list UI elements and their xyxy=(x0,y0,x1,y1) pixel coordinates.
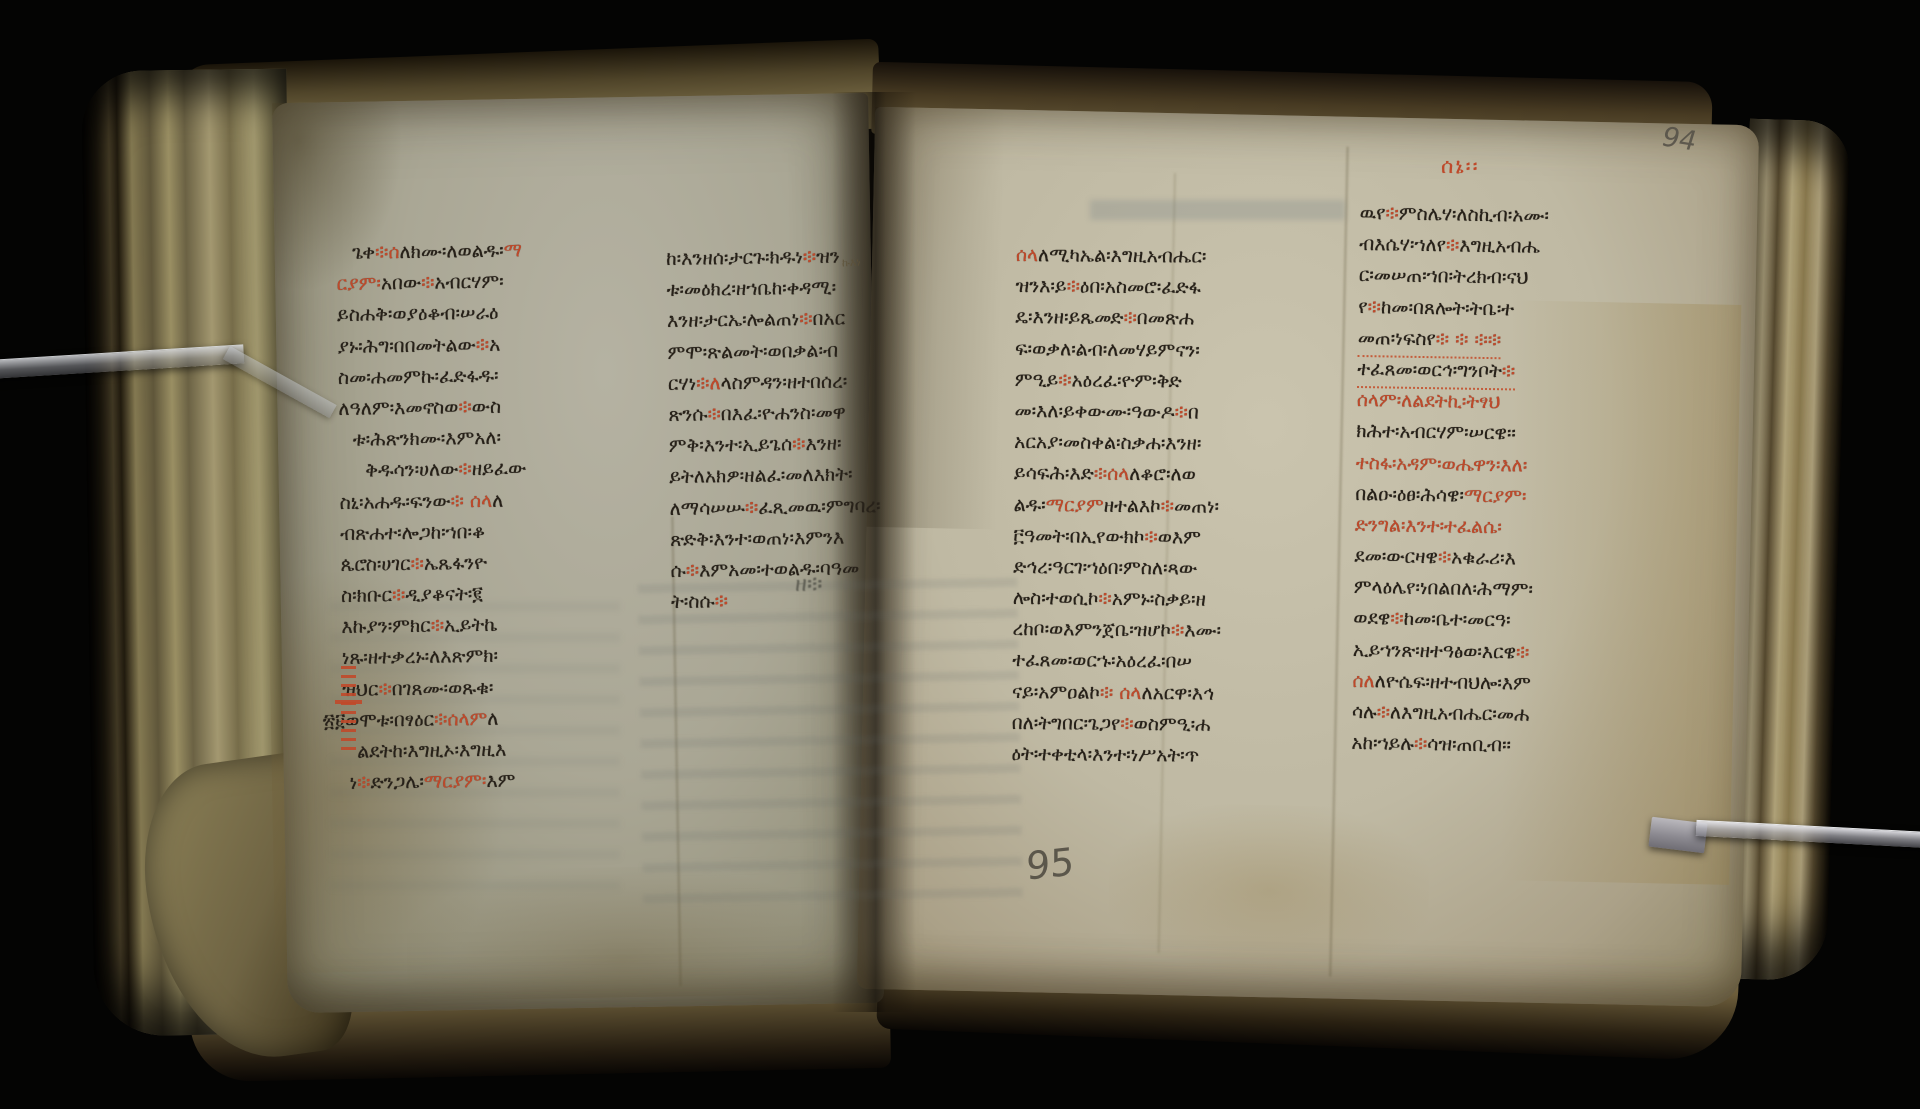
rubric-text: ፨ xyxy=(803,246,817,268)
ink-text: ለቆሮ፡ለወ xyxy=(1129,463,1196,486)
text-line: ለዓለም፡እመኖስወ፨ውስ xyxy=(338,389,668,425)
text-line-content: ጽንሱ፨በእፈ፡ዮሐንስ፡መዋ xyxy=(668,397,846,431)
left-page-column-2: ከ፡እንዘሰ፡ታርጉ፡ክዱነ፨ዝንቱ፡መዕክረ፡ዘኀቤከ፡ቀዳሚ፡እንዘ፡ታርኤ… xyxy=(666,239,1016,618)
text-line-content: ምዒይ፨አዕረፈ፡ዮም፡ቅድ xyxy=(1015,365,1182,398)
text-line-content: ጌቀ፨ሰለክሙ፡ለወልዱ፡ማ xyxy=(352,235,522,269)
text-line-content: ስ፡ክቡር፨ዲያቆናት፡፪ xyxy=(341,579,483,612)
text-line: ዴ፡እንዘ፡ይጼመድ፨በመጽሐ xyxy=(1015,302,1355,336)
text-line-content: ርሃነ፨ለላስምዳን፡ዘተበሰረ፡ xyxy=(668,366,848,400)
ink-text: ርሃነ xyxy=(668,372,697,394)
ink-text: አርአያ፡መስቀል፡ስቃሐ፡እንዘ፡ xyxy=(1014,431,1201,455)
text-line-content: ፫ዓመት፡በኢየውክኮ፨ወእም xyxy=(1013,521,1201,554)
ink-text: ስኒ፡አሐዱ፡ፍንው xyxy=(340,490,451,514)
rubric-text: ፨ xyxy=(1161,495,1175,517)
ink-text: ናይ፡አምዐልኮ xyxy=(1012,681,1100,704)
rubric-text: ፨ xyxy=(707,403,721,425)
text-line: ስ፡ክቡር፨ዲያቆናት፡፪ xyxy=(341,576,671,612)
ink-text: ጴሮስ፡ሀገር xyxy=(340,553,410,576)
ink-text: ምስሌሃ፡ለስኪብ፡አሙ፡ xyxy=(1399,203,1549,227)
text-line-content: ዝንእ፡ይ፨ዕበ፡አስመሮ፡ፈድፋ xyxy=(1015,271,1201,304)
text-line: እንዘ፡ታርኤ፡ሎልጠነ፨በአር xyxy=(667,302,1012,338)
rubric-text: ሰላም፡ለልደትኪ፡ትፃህ xyxy=(1357,389,1501,413)
rubric-text: ማርያም፡ xyxy=(424,770,487,793)
ink-text: ከመ፡ቤተ፡መርዓ፡ xyxy=(1403,608,1510,632)
text-line-content: ብእሴሃ፡ኀለየ፨እግዚአብሔ xyxy=(1359,229,1540,263)
ink-text: ድኅረ፡ዓርገ፡ኀዕበ፡ምስለ፡ጻው xyxy=(1013,556,1197,580)
text-line-content: ት፡ስሱ፨ xyxy=(671,586,728,618)
text-line-content: ሰለለዮሴፍ፡ዘተብህሎ፡እም xyxy=(1352,666,1531,700)
text-line: ድኅረ፡ዓርገ፡ኀዕበ፡ምስለ፡ጻው xyxy=(1013,552,1353,586)
month-header-rubric: ሰኔ፡፡ xyxy=(1441,154,1480,179)
text-line: እኩያን፡ምክር፨ኢይትኬ xyxy=(341,608,671,644)
ink-text: ይስሐቅ፡ወያዕቆብ፡ሠራዕ xyxy=(337,302,499,326)
ink-text: በ xyxy=(1188,401,1199,423)
rubric-text: ተስፋ፡አዳም፡ወሔዋን፡እለ፡ xyxy=(1356,451,1528,476)
text-line: ይስሐቅ፡ወያዕቆብ፡ሠራዕ xyxy=(337,296,667,332)
ink-text: ያኑ፡ሕግ፡በበመትልው xyxy=(337,334,476,358)
text-line-content: ደመ፡ውርዛዌ፨አቁራሪ፡እ xyxy=(1354,541,1516,575)
text-line-content: ምቅ፡እንተ፡ኢይጌሰ፨እንዘ፡ xyxy=(669,429,842,463)
ink-text: ኢይትኬ xyxy=(444,614,498,637)
ink-text: ዕት፡ተቀቲላ፡እንተ፡ነሥአት፡ጥ xyxy=(1011,743,1199,767)
text-line-content: ቱ፡መዕክረ፡ዘኀቤከ፡ቀዳሚ፡ xyxy=(666,273,836,307)
rubric-text: ፨ xyxy=(1385,202,1399,224)
rubric-text: ፨ሰላ xyxy=(1094,463,1130,485)
text-line-content: ወደዌ፨ከመ፡ቤተ፡መርዓ፡ xyxy=(1353,603,1511,637)
ink-text: ር፡መሠጠ፡ኀበ፡ትረክብ፡ናህ xyxy=(1359,264,1529,289)
ink-text: ፈጺመዉ፡ምግባረ፡ xyxy=(758,495,881,519)
ink-text: ደመ፡ውርዛዌ xyxy=(1354,545,1438,568)
text-line-content: ይትለአክዎ፡ዘልፈ፡መለእክት፡ xyxy=(669,460,853,494)
manuscript-photo: ጌቀ፨ሰለክሙ፡ለወልዱ፡ማርያም፡አበው፨አብርሃም፡ይስሐቅ፡ወያዕቆብ፡ሠ… xyxy=(0,0,1920,1109)
rubric-text: ፨ xyxy=(1120,713,1134,735)
text-line: ሱ፨እምአመ፡ተወልዱ፡ባዓመ xyxy=(670,551,1015,587)
stain xyxy=(406,864,838,1001)
ink-text: ነጹ፡ዘተቃረኑ፡ለእጽምክ፡ xyxy=(342,645,498,669)
ink-text: ለ xyxy=(487,708,498,730)
rubric-text: ፨ xyxy=(715,590,729,612)
text-line-content: ብጽሐተ፡ሎጋከ፡ኀበ፡ቆ xyxy=(340,517,485,550)
ink-text: ምሞ፡ጽልመት፡ወበቃል፡ብ xyxy=(667,339,838,363)
ink-text: ሎስ፡ተወሲኮ xyxy=(1013,587,1099,610)
text-line-content: ስመ፡ሐመምኩ፡ፈድፋዱ፡ xyxy=(338,360,499,393)
text-line: ፳፱ወሞቱ፡በፃዕር፨ሰላምለ xyxy=(323,701,673,737)
text-line: ልደትከ፡እግዚኦ፡እግዚእ xyxy=(357,732,673,768)
ink-text: ለሚካኤል፡እግዚአብሔር፡ xyxy=(1038,244,1207,267)
text-line-content: ሱ፨እምአመ፡ተወልዱ፡ባዓመ xyxy=(670,553,859,587)
text-line-content: ሳሉ፨ለእግዚአብሔር፡መሐ xyxy=(1352,697,1530,731)
text-line: ጴሮስ፡ሀገር፨ኤጼፋንዮ xyxy=(340,545,670,581)
text-line-content: ልደትከ፡እግዚኦ፡እግዚእ xyxy=(357,735,507,768)
text-line-content: ዕት፡ተቀቲላ፡እንተ፡ነሥአት፡ጥ xyxy=(1011,739,1199,772)
text-line-content: ከ፡እንዘሰ፡ታርጉ፡ክዱነ፨ዝን xyxy=(666,242,840,276)
ink-text: ለአርዋ፡እኅ xyxy=(1141,682,1214,705)
rubric-text: ፨ xyxy=(410,553,424,575)
text-line-content: ይሳፍሕ፡እድ፨ሰላለቆሮ፡ለወ xyxy=(1014,458,1196,491)
rubric-text: ፨ xyxy=(458,396,472,418)
text-line: ት፡ስሱ፨ xyxy=(671,582,1016,618)
text-line-content: ሰላም፡ለልደትኪ፡ትፃህ xyxy=(1357,385,1501,418)
rubric-text: ፨ ፨ ፨፨ xyxy=(1436,328,1502,351)
text-line: መ፡እለ፡ይቀውሙ፡ዓውዶ፨በ xyxy=(1014,396,1354,430)
ink-text: እሙ፡ xyxy=(1184,620,1221,642)
text-line: ምዒይ፨አዕረፈ፡ዮም፡ቅድ xyxy=(1015,365,1355,399)
ink-text: ብእሴሃ፡ኀለየ xyxy=(1359,233,1446,256)
ink-text: ፳፱ወሞቱ፡በፃዕር xyxy=(323,708,435,732)
rubric-text: ፨ xyxy=(1414,733,1428,755)
text-line-content: ለማሳሠሡ፨ፈጺመዉ፡ምግባረ፡ xyxy=(669,491,880,525)
text-line-content: ምላዕሌየ፡ነበልበለ፡ሕማም፡ xyxy=(1354,572,1534,606)
ink-text: ረከቦ፡ወእምንጀቤ፡ዝሆኮ xyxy=(1013,618,1172,641)
rubric-text: ፨ ሰላ xyxy=(1100,681,1142,703)
interlinear-note: ኩእነ xyxy=(842,256,861,271)
ink-text: በአር xyxy=(812,308,845,330)
rubric-text: ፨ xyxy=(357,772,371,794)
rubric-text: ፨ xyxy=(1144,526,1158,548)
ink-text: ከ፡እንዘሰ፡ታርጉ፡ክዱነ xyxy=(666,246,803,270)
text-line: ረከቦ፡ወእምንጀቤ፡ዝሆኮ፨እሙ፡ xyxy=(1012,614,1352,648)
ink-text: በመጽሐ xyxy=(1137,307,1194,329)
text-line: ዝንእ፡ይ፨ዕበ፡አስመሮ፡ፈድፋ xyxy=(1015,271,1355,305)
text-line: በለ፡ትግበር፡ጌጋየ፨ወስምዒ፡ሐ xyxy=(1012,708,1352,742)
rubric-text: ፨ xyxy=(458,458,472,480)
text-line-content: ናይ፡አምዐልኮ፨ ሰላለአርዋ፡እኅ xyxy=(1012,677,1214,710)
ink-text: ለዮሴፍ፡ዘተብህሎ፡እም xyxy=(1375,670,1531,694)
text-line: ከ፡እንዘሰ፡ታርጉ፡ክዱነ፨ዝን xyxy=(666,239,1011,275)
text-line-content: ስኒ፡አሐዱ፡ፍንው፨ ሰላለ xyxy=(339,485,503,518)
rubric-text: ፨ xyxy=(1502,360,1516,382)
text-line-content: ሎስ፡ተወሲኮ፨አምኑ፡ስቃይ፡ዘ xyxy=(1013,583,1206,616)
text-line: ብጽሐተ፡ሎጋከ፡ኀበ፡ቆ xyxy=(340,514,670,550)
ink-text: ክሕተ፡አብርሃም፡ሠርዌ። xyxy=(1356,420,1516,445)
ink-text: ጽንሱ xyxy=(668,403,707,426)
rubric-text: ፨ xyxy=(1390,608,1404,630)
text-line: ይሳፍሕ፡እድ፨ሰላለቆሮ፡ለወ xyxy=(1014,458,1354,492)
ink-text: ምቅ፡እንተ፡ኢይጌሰ xyxy=(669,433,793,457)
text-line: ናይ፡አምዐልኮ፨ ሰላለአርዋ፡እኅ xyxy=(1012,677,1352,711)
text-line: ምቅ፡እንተ፡ኢይጌሰ፨እንዘ፡ xyxy=(669,426,1014,462)
rubric-text: ፨ ሰላ xyxy=(450,489,492,512)
rubric-text: ሰለ xyxy=(1352,670,1375,692)
text-line: ቅዱሳን፡ሀለው፨ዘይፈው xyxy=(365,452,669,487)
right-page-column-1: ሰላለሚካኤል፡እግዚአብሔር፡ዝንእ፡ይ፨ዕበ፡አስመሮ፡ፈድፋዴ፡እንዘ፡ይ… xyxy=(1011,240,1356,773)
ink-text: አቁራሪ፡እ xyxy=(1451,547,1516,570)
text-line-content: ፍ፡ወቃለ፡ልብ፡ለመሃይምናን፡ xyxy=(1015,334,1200,367)
ink-text: ይሳፍሕ፡እድ xyxy=(1014,462,1094,485)
ink-text: እንዘ፡ xyxy=(805,433,841,456)
ink-text: በልዑ፡ዕፀ፡ሕሳዌ፡ xyxy=(1355,483,1464,507)
rubric-text: ማርያም፡ xyxy=(1464,484,1527,507)
text-line: ለማሳሠሡ፨ፈጺመዉ፡ምግባረ፡ xyxy=(669,489,1014,525)
rubric-text: ፨ xyxy=(378,678,392,700)
ink-text: በእፈ፡ዮሐንስ፡መዋ xyxy=(721,401,846,425)
text-line-content: እኩያን፡ምክር፨ኢይትኬ xyxy=(341,610,497,643)
text-line-content: ር፡መሠጠ፡ኀበ፡ትረክብ፡ናህ xyxy=(1359,260,1529,294)
rubric-text: ፨ xyxy=(421,272,435,294)
ghost-text: ዘ፨ xyxy=(795,572,822,597)
ink-text: መጠ፡ነፍስየ xyxy=(1358,327,1436,350)
text-line-content: በለ፡ትግበር፡ጌጋየ፨ወስምዒ፡ሐ xyxy=(1012,708,1211,741)
text-line: ዕት፡ተቀቲላ፡እንተ፡ነሥአት፡ጥ xyxy=(1011,739,1351,773)
text-line: ስመ፡ሐመምኩ፡ፈድፋዱ፡ xyxy=(338,358,668,394)
ink-text: በለ፡ትግበር፡ጌጋየ xyxy=(1012,712,1121,735)
text-line: ያኑ፡ሕግ፡በበመትልው፨አ xyxy=(337,327,667,363)
ink-text: ለማሳሠሡ xyxy=(670,496,746,519)
text-line-content: ዴ፡እንዘ፡ይጼመድ፨በመጽሐ xyxy=(1015,302,1194,335)
text-line: ተፈጸመ፡ወርኁ፡አዕረፈ፡በሠ xyxy=(1012,645,1352,679)
ink-text: ስመ፡ሐመምኩ፡ፈድፋዱ፡ xyxy=(338,364,499,388)
ink-text: አዕረፈ፡ዮም፡ቅድ xyxy=(1072,369,1182,392)
rubric-text: ርያም፡ xyxy=(336,273,381,296)
ink-text: ወስምዒ፡ሐ xyxy=(1134,713,1211,736)
ink-text: ዝን xyxy=(816,246,840,268)
ink-text: ፍ፡ወቃለ፡ልብ፡ለመሃይምናን፡ xyxy=(1015,338,1200,362)
rubric-text: ፨ xyxy=(1438,546,1452,568)
rubric-text: ፨ xyxy=(745,496,759,518)
text-line: አከ፡ኀይሉ፨ሳዝ፡ጠቢብ። xyxy=(1351,728,1696,765)
text-line-content: ይስሐቅ፡ወያዕቆብ፡ሠራዕ xyxy=(337,298,499,331)
text-line-content: ልዱ፡ማርያምዘተልእኮ፨መጠነ፡ xyxy=(1014,489,1220,522)
rubric-text: ፨ለ xyxy=(696,372,721,394)
text-line: ጽንሱ፨በእፈ፡ዮሐንስ፡መዋ xyxy=(668,395,1013,431)
ink-text: መጠነ፡ xyxy=(1174,495,1219,517)
ink-text: ተፈጸመ፡ወርኁ፡አዕረፈ፡በሠ xyxy=(1012,649,1192,673)
marginal-cross-ornament xyxy=(341,662,356,750)
rubric-text: ፨ xyxy=(1446,235,1460,257)
ink-text: ወደዌ xyxy=(1353,607,1390,630)
ink-text: ሳሉ xyxy=(1352,701,1377,723)
ink-text: ኢይኀንጽ፡ዘተዓፅወ፡እርዌ xyxy=(1353,639,1516,664)
text-line-content: ርያም፡አበው፨አብርሃም፡ xyxy=(336,267,503,301)
ink-text: ድንጋሌ፡ xyxy=(370,771,424,794)
text-line-content: ቱ፡ሕጽንክሙ፡እምአለ፡ xyxy=(353,423,502,456)
ink-text: ቅዱሳን፡ሀለው xyxy=(365,459,459,482)
ink-text: አበው xyxy=(381,272,422,295)
text-line-content: በልዑ፡ዕፀ፡ሕሳዌ፡ማርያም፡ xyxy=(1355,479,1527,513)
ink-text: ይትለአክዎ፡ዘልፈ፡መለእክት፡ xyxy=(669,464,853,489)
rubric-text: ፨ xyxy=(1516,641,1530,663)
rubric-text: ፨ xyxy=(476,333,490,355)
ink-text: ላስምዳን፡ዘተበሰረ፡ xyxy=(721,370,848,394)
folio-number-95: 95 xyxy=(1026,839,1074,888)
text-line: ቱ፡መዕክረ፡ዘኀቤከ፡ቀዳሚ፡ xyxy=(666,270,1011,306)
ink-text: ልደትከ፡እግዚኦ፡እግዚእ xyxy=(357,739,506,763)
text-line-content: ዉየ፨ምስሌሃ፡ለስኪብ፡አሙ፡ xyxy=(1360,198,1550,232)
text-line-content: ረከቦ፡ወእምንጀቤ፡ዝሆኮ፨እሙ፡ xyxy=(1012,614,1221,647)
ink-text: እንዘ፡ታርኤ፡ሎልጠነ xyxy=(667,309,799,333)
ink-text: እም xyxy=(486,770,515,792)
ink-text: ብጽሐተ፡ሎጋከ፡ኀበ፡ቆ xyxy=(340,521,485,545)
ink-text: መ፡እለ፡ይቀውሙ፡ዓውዶ xyxy=(1014,400,1174,423)
rubric-text: ፨ xyxy=(1171,620,1185,642)
text-line: ርሃነ፨ለላስምዳን፡ዘተበሰረ፡ xyxy=(668,364,1013,400)
rubric-text: ፨ xyxy=(1098,588,1112,610)
rubric-text: ማርያም xyxy=(1046,494,1104,517)
rubric-text: ሰላ xyxy=(1016,244,1038,266)
stain xyxy=(1107,802,1430,979)
text-line-content: ቅዱሳን፡ሀለው፨ዘይፈው xyxy=(365,454,527,487)
text-line-content: ዝህር፨በገጸሙ፡ወጹቁ፡ xyxy=(342,672,494,705)
ink-text: ምላዕሌየ፡ነበልበለ፡ሕማም፡ xyxy=(1354,576,1533,601)
rubric-text: ፨ xyxy=(792,433,806,455)
ink-text: ስ፡ክቡር xyxy=(341,584,392,607)
ink-text: ለእግዚአብሔር፡መሐ xyxy=(1390,702,1530,726)
rubric-text: ፨ xyxy=(431,615,445,637)
text-line-content: ምሞ፡ጽልመት፡ወበቃል፡ብ xyxy=(667,335,838,369)
text-line-content: ሰላለሚካኤል፡እግዚአብሔር፡ xyxy=(1016,240,1207,273)
text-line: ምሞ፡ጽልመት፡ወበቃል፡ብ xyxy=(667,333,1012,369)
text-line: ፫ዓመት፡በኢየውክኮ፨ወእም xyxy=(1013,521,1353,555)
ink-text: ለዓለም፡እመኖስወ xyxy=(338,396,458,420)
text-line: ነጹ፡ዘተቃረኑ፡ለእጽምክ፡ xyxy=(342,639,672,675)
text-line-content: ነ፨ድንጋሌ፡ማርያም፡እም xyxy=(349,766,515,800)
text-line-content: አከ፡ኀይሉ፨ሳዝ፡ጠቢብ። xyxy=(1351,728,1511,762)
ink-text: ዘተልእኮ xyxy=(1104,494,1161,516)
text-line: ልዱ፡ማርያምዘተልእኮ፨መጠነ፡ xyxy=(1014,489,1354,523)
text-line-content: ለዓለም፡እመኖስወ፨ውስ xyxy=(338,392,501,425)
text-line: ስኒ፡አሐዱ፡ፍንው፨ ሰላለ xyxy=(339,483,669,519)
text-line: ዝህር፨በገጸሙ፡ወጹቁ፡ xyxy=(342,670,672,706)
ink-text: ፫ዓመት፡በኢየውክኮ xyxy=(1013,525,1144,548)
rubric-text: ፨ሰላም xyxy=(434,708,488,731)
rubric-text: ፨ xyxy=(1067,276,1081,298)
ink-text: ዕበ፡አስመሮ፡ፈድፋ xyxy=(1080,276,1201,299)
text-line-content: ድኅረ፡ዓርገ፡ኀዕበ፡ምስለ፡ጻው xyxy=(1013,552,1197,585)
rubric-text: ፨ xyxy=(1058,369,1072,391)
text-line-content: ኢይኀንጽ፡ዘተዓፅወ፡እርዌ፨ xyxy=(1353,635,1530,669)
text-line-content: ድንግል፡እንተ፡ተፈልሴ፡ xyxy=(1355,510,1502,544)
rubric-text: ፨ሰ xyxy=(375,241,400,263)
text-line-content: ያኑ፡ሕግ፡በበመትልው፨አ xyxy=(337,329,500,362)
text-line-content: ነጹ፡ዘተቃረኑ፡ለእጽምክ፡ xyxy=(342,641,499,674)
ink-text: ዴ፡እንዘ፡ይጼመድ xyxy=(1015,306,1123,329)
rubric-text: ፨ xyxy=(1377,701,1391,723)
ink-text: ሳዝ፡ጠቢብ። xyxy=(1427,733,1511,756)
text-line: ነ፨ድንጋሌ፡ማርያም፡እም xyxy=(349,764,673,800)
ink-text: አ xyxy=(489,333,500,355)
text-line-content: እንዘ፡ታርኤ፡ሎልጠነ፨በአር xyxy=(667,304,845,338)
ink-text: አብርሃም፡ xyxy=(434,271,503,294)
ink-text: ለክሙ፡ለወልዱ፡ xyxy=(399,240,503,263)
ink-text: ቱ፡ሕጽንክሙ፡እምአለ፡ xyxy=(353,427,502,451)
text-line: አርአያ፡መስቀል፡ስቃሐ፡እንዘ፡ xyxy=(1014,427,1354,461)
ink-text: ለ xyxy=(492,489,503,511)
ink-text: ት፡ስሱ xyxy=(671,590,715,613)
text-line-content: አርአያ፡መስቀል፡ስቃሐ፡እንዘ፡ xyxy=(1014,427,1201,460)
rubric-text: ፨ xyxy=(1123,307,1137,329)
ink-text: ዲያቆናት፡፪ xyxy=(405,583,483,606)
text-line: ይትለአክዎ፡ዘልፈ፡መለእክት፡ xyxy=(669,457,1014,493)
text-line-content: ክሕተ፡አብርሃም፡ሠርዌ። xyxy=(1356,416,1516,450)
ink-text: ተፈጸመ፡ወርኅ፡ግንቦት xyxy=(1357,358,1502,382)
ink-text: ኤጼፋንዮ xyxy=(424,552,487,575)
right-page-column-2: ዉየ፨ምስሌሃ፡ለስኪብ፡አሙ፡ብእሴሃ፡ኀለየ፨እግዚአብሔር፡መሠጠ፡ኀበ፡… xyxy=(1351,198,1705,765)
text-line-content: ጽድቅ፡እንተ፡ወጠነ፡እምንእ xyxy=(670,522,845,556)
ink-text: ወእም xyxy=(1158,526,1201,548)
ink-text: ቱ፡መዕክረ፡ዘኀቤከ፡ቀዳሚ፡ xyxy=(666,277,836,301)
text-line-content: መ፡እለ፡ይቀውሙ፡ዓውዶ፨በ xyxy=(1014,396,1199,429)
rubric-text: ድንግል፡እንተ፡ተፈልሴ፡ xyxy=(1355,514,1502,538)
text-line-content: ጴሮስ፡ሀገር፨ኤጼፋንዮ xyxy=(340,548,487,581)
rubric-text: ፨ xyxy=(392,584,406,606)
ink-text: አምኑ፡ስቃይ፡ዘ xyxy=(1112,588,1206,611)
ink-text: ዘይፈው xyxy=(472,458,527,481)
text-line-content: ተስፋ፡አዳም፡ወሔዋን፡እለ፡ xyxy=(1356,447,1528,481)
text-line: ሰላለሚካኤል፡እግዚአብሔር፡ xyxy=(1016,240,1356,274)
text-line: ጽድቅ፡እንተ፡ወጠነ፡እምንእ xyxy=(670,520,1015,556)
ink-text: ልዱ፡ xyxy=(1014,493,1046,515)
ink-text: ጌቀ xyxy=(352,241,375,263)
rubric-text: ፨ xyxy=(1367,296,1381,318)
ink-text: በገጸሙ፡ወጹቁ፡ xyxy=(392,676,494,699)
text-line: ቱ፡ሕጽንክሙ፡እምአለ፡ xyxy=(353,420,669,456)
ink-text: ጽድቅ፡እንተ፡ወጠነ፡እምንእ xyxy=(670,526,844,550)
text-line: ሎስ፡ተወሲኮ፨አምኑ፡ስቃይ፡ዘ xyxy=(1013,583,1353,617)
rubric-text: ፨ xyxy=(1174,401,1188,423)
left-page-column-1: ጌቀ፨ሰለክሙ፡ለወልዱ፡ማርያም፡አበው፨አብርሃም፡ይስሐቅ፡ወያዕቆብ፡ሠ… xyxy=(336,233,674,799)
text-line-content: የ፨ከመ፡በጸሎት፡ትቤ፡ተ xyxy=(1358,292,1514,326)
ink-text: ሱ xyxy=(670,560,686,582)
text-line-content: ተፈጸመ፡ወርኁ፡አዕረፈ፡በሠ xyxy=(1012,645,1192,678)
ink-text: አከ፡ኀይሉ xyxy=(1351,732,1414,755)
ink-text: እግዚአብሔ xyxy=(1459,235,1540,258)
ink-text: ከመ፡በጸሎት፡ትቤ፡ተ xyxy=(1381,296,1515,320)
ink-text: እምአመ፡ተወልዱ፡ባዓመ xyxy=(699,557,859,581)
ink-text: እኩያን፡ምክር xyxy=(341,615,431,638)
rubric-text: ፨ xyxy=(686,559,700,581)
text-line: ርያም፡አበው፨አብርሃም፡ xyxy=(336,265,666,301)
ink-text: ምዒይ xyxy=(1015,369,1059,391)
text-line: ፍ፡ወቃለ፡ልብ፡ለመሃይምናን፡ xyxy=(1015,334,1355,368)
rubric-text: ማ xyxy=(504,239,523,261)
rubric-text: ፨ xyxy=(799,308,813,330)
ink-text: ውስ xyxy=(472,396,502,418)
ink-text: ዉየ xyxy=(1360,202,1386,224)
text-line: ጌቀ፨ሰለክሙ፡ለወልዱ፡ማ xyxy=(352,233,666,269)
ink-text: ዝንእ፡ይ xyxy=(1016,275,1067,297)
